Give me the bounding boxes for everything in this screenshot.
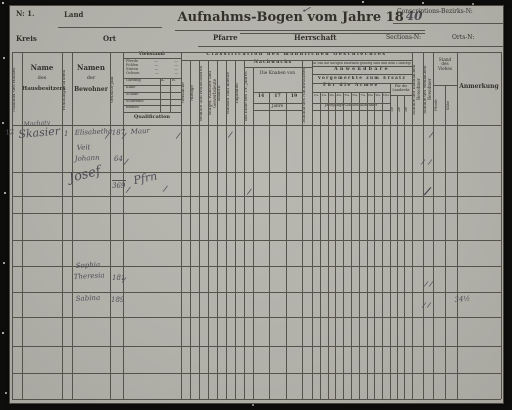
grid-vline <box>302 60 303 399</box>
handwriting: 12 <box>5 128 15 137</box>
ort-label: Ort <box>103 35 116 42</box>
grid-vline <box>374 92 375 399</box>
column-birth-year: Geburts-Jahr <box>110 58 123 122</box>
column-owner-line1: Name <box>22 64 62 71</box>
sum-male-column: Summe der männlichen Bewohner <box>412 56 423 123</box>
grid-hline <box>12 346 501 347</box>
grid-hline <box>58 27 162 28</box>
grid-vline <box>404 95 405 399</box>
handwriting: Theresia <box>74 271 105 281</box>
class-group-laborers: Taglöhner <box>235 62 244 124</box>
nachwuchs-summa: Summa des Nachwuchses <box>302 67 312 124</box>
nachwuchs-year-19: 19 <box>286 95 302 100</box>
grid-hline <box>123 85 181 86</box>
class-group-farmers: Bauern <box>217 62 226 124</box>
armee-class-col: 9te <box>374 94 382 97</box>
grid-hline <box>12 240 501 241</box>
grid-vline <box>208 60 209 399</box>
grid-vline <box>320 92 321 399</box>
column-owner: Name des Hausbesitzers <box>22 64 62 92</box>
landwehr-col: 3te <box>404 96 412 124</box>
livestock-subtable-colA: A. <box>161 79 165 83</box>
grid-vline <box>226 60 227 399</box>
livestock-subrow: Kühe <box>126 86 135 90</box>
column-residents: Namen der Bewohner <box>72 64 110 93</box>
livestock-subtable-label: Gattung <box>126 79 141 83</box>
grid-hline <box>312 74 412 75</box>
handwriting: 189 <box>111 296 124 304</box>
landwehr-col: 1te <box>390 96 397 124</box>
grid-hline <box>123 92 181 93</box>
sections-label: Sections-N: <box>386 35 421 41</box>
armee-class-col: 5te <box>343 94 351 97</box>
grid-hline <box>12 292 501 293</box>
class-group-clergy: Geistliche <box>181 62 190 124</box>
armee-class-col: 4te <box>335 94 343 97</box>
livestock-title: Viehstand: <box>123 53 181 58</box>
grid-hline <box>312 92 390 93</box>
column-owner-line2: des <box>22 76 62 81</box>
conscription-district-label: Conscriptions-Bezirks-N: <box>397 9 473 15</box>
class-right-armee: Für die Armee <box>312 84 390 89</box>
sum-female-column: Summe der weiblichen Bewohner <box>423 56 433 123</box>
livestock-subtable-colB: B. <box>172 79 176 83</box>
livestock-sum-cows: Kühe <box>445 87 457 123</box>
grid-hline <box>123 58 181 59</box>
class-group-cottagers: Häusler und Inleute <box>226 62 235 124</box>
grid-vline <box>170 78 171 112</box>
grid-hline <box>123 105 181 106</box>
livestock-sum-line3: Viehes <box>433 67 457 71</box>
grid-hline <box>123 99 181 100</box>
grid-hline <box>12 52 501 53</box>
handwriting: Sabina <box>76 294 101 303</box>
landwehr-col: 2te <box>397 96 404 124</box>
armee-class-col: 7te <box>359 94 367 97</box>
grid-hline <box>12 399 501 400</box>
handwriting: Sophia <box>76 261 101 270</box>
grid-hline <box>112 180 126 181</box>
grid-hline <box>12 317 501 318</box>
handwriting: 1 <box>64 130 68 138</box>
handwriting: 369 <box>112 182 125 190</box>
grid-vline <box>235 60 236 399</box>
armee-class-col: 6te <box>351 94 359 97</box>
grid-vline <box>244 60 245 399</box>
pfarre-label: Pfarre <box>213 34 238 41</box>
grid-vline <box>382 92 383 399</box>
grid-vline <box>253 67 254 399</box>
class-right-anwendbare: Anwendbare <box>312 68 412 73</box>
grid-vline <box>397 95 398 399</box>
column-residents-line3: Bewohner <box>72 87 110 93</box>
grid-vline <box>286 92 287 399</box>
livestock-subrow: Schweine <box>126 100 144 104</box>
column-residents-line2: der <box>72 76 110 81</box>
grid-hline <box>198 46 503 47</box>
armee-class-col: 2te <box>320 94 328 97</box>
column-dwelling-parties: Wohnungs-Parteien <box>62 58 72 122</box>
grid-hline <box>433 85 457 86</box>
scanned-census-form: N: 1. Land Aufnahms-Bogen vom Jahre 1840… <box>0 0 512 410</box>
remarks-column: Anmerkung <box>457 84 501 90</box>
herrschaft-label: Herrschaft <box>294 34 337 41</box>
grid-vline <box>343 92 344 399</box>
grid-vline <box>217 60 218 399</box>
livestock-subrow: Bienen <box>126 106 139 110</box>
nachwuchs-title: Nachwuchs <box>244 61 302 66</box>
grid-hline <box>181 60 412 61</box>
armee-class-col: 10te <box>382 94 390 97</box>
grid-vline <box>160 78 161 112</box>
land-label: Land <box>64 11 83 18</box>
qualification-label: Qualification <box>123 115 181 120</box>
class-right-note: In Fall die übrigen Rubriken gehörig sin… <box>313 62 411 65</box>
class-group-officials: Beamte und Honoratioren <box>199 62 208 124</box>
grid-vline <box>390 83 391 399</box>
form-number: N: 1. <box>16 10 34 17</box>
grid-hline <box>240 33 425 34</box>
grid-hline <box>390 95 412 96</box>
grid-hline <box>312 110 390 111</box>
grid-hline <box>312 83 412 84</box>
class-group-nobles: Adelige <box>190 62 199 124</box>
grid-hline <box>123 112 181 113</box>
grid-hline <box>253 92 302 93</box>
handwriting: 34½ <box>454 294 470 304</box>
nachwuchs-boys-label: Die Knaben von <box>253 72 302 77</box>
column-house-number: Nummer des Hauses <box>12 58 22 122</box>
classification-title: Classification des männlichen Geschlecht… <box>181 53 412 58</box>
livestock-rows: Pferde—— Fohlen—— Stuten—— Ochsen—— <box>124 59 180 75</box>
livestock-subrow: Schafe <box>126 93 138 97</box>
handwriting: Johann <box>75 154 100 163</box>
handwriting: Maur <box>130 127 150 136</box>
grid-vline <box>367 92 368 399</box>
column-owner-line3: Hausbesitzers <box>22 87 62 93</box>
form-title-printed: Aufnahms-Bogen vom Jahre 18 <box>178 10 404 25</box>
grid-vline <box>351 92 352 399</box>
class-right-vorgemerkte: Vorgemerkte zum Ersatz <box>312 76 412 80</box>
grid-vline <box>445 85 446 399</box>
armee-class-col: 8te <box>367 94 374 97</box>
grid-hline <box>175 30 425 31</box>
armee-class-col: 1te <box>312 94 320 97</box>
grid-hline <box>12 373 501 374</box>
grid-hline <box>12 213 501 214</box>
handwriting: 64 <box>114 155 123 163</box>
grid-vline <box>199 60 200 399</box>
grid-vline <box>190 60 191 399</box>
grid-vline <box>335 92 336 399</box>
kreis-label: Kreis <box>16 35 37 42</box>
grid-vline <box>269 92 270 399</box>
grid-hline <box>244 67 312 68</box>
handwriting: Veit <box>77 143 91 152</box>
nachwuchs-year-14: 14 <box>253 95 269 100</box>
nachwuchs-unit: Jahre <box>253 104 302 108</box>
orts-label: Orts-N: <box>452 35 474 41</box>
grid-hline <box>123 78 181 79</box>
grid-hline <box>12 125 501 126</box>
grid-vline <box>359 92 360 399</box>
livestock-sum-title: Stand des Viehes <box>433 58 457 71</box>
scan-noise <box>2 2 4 4</box>
grid-vline <box>501 52 502 399</box>
grid-hline <box>312 103 390 104</box>
grid-hline <box>253 103 302 104</box>
grid-hline <box>253 110 302 111</box>
grid-vline <box>328 92 329 399</box>
grid-hline <box>393 23 503 24</box>
class-group-burghers: Bürger, Künstler und Gewerbsleute <box>208 62 217 124</box>
livestock-row: Ochsen—— <box>124 71 180 75</box>
landwehr-label: Für die Landwehr <box>390 85 412 92</box>
grid-hline <box>312 66 412 67</box>
column-residents-line1: Namen <box>72 64 110 71</box>
nachwuchs-side-label: Bis Ende des 14. Jahres <box>244 68 253 124</box>
nachwuchs-year-17: 17 <box>269 95 286 100</box>
livestock-sum-horses: Pferde <box>433 87 445 123</box>
armee-class-col: 3te <box>328 94 335 97</box>
